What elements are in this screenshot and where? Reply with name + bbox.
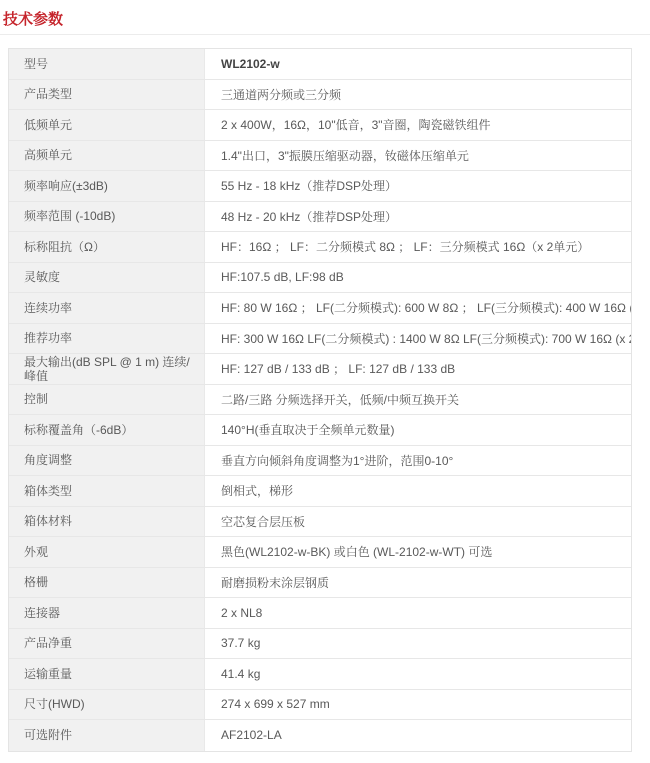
spec-label: 频率响应(±3dB) (9, 171, 205, 201)
spec-value: 274 x 699 x 527 mm (205, 690, 631, 720)
spec-value: 48 Hz - 20 kHz（推荐DSP处理） (205, 202, 631, 232)
spec-table: 型号WL2102-w产品类型三通道两分频或三分频低频单元2 x 400W，16Ω… (8, 48, 632, 752)
spec-label: 产品类型 (9, 80, 205, 110)
spec-row: 连续功率HF: 80 W 16Ω ； LF(二分频模式): 600 W 8Ω ；… (9, 293, 631, 324)
spec-label: 连续功率 (9, 293, 205, 323)
spec-value: HF: 127 dB / 133 dB ； LF: 127 dB / 133 d… (205, 354, 631, 384)
spec-label: 灵敏度 (9, 263, 205, 293)
spec-label: 标称覆盖角（-6dB） (9, 415, 205, 445)
spec-row: 标称阻抗（Ω）HF：16Ω ； LF：二分频模式 8Ω ； LF：三分频模式 1… (9, 232, 631, 263)
spec-label: 连接器 (9, 598, 205, 628)
spec-value: 37.7 kg (205, 629, 631, 659)
spec-value: 2 x 400W，16Ω，10"低音，3"音圈，陶瓷磁铁组件 (205, 110, 631, 140)
spec-row: 箱体类型倒相式，梯形 (9, 476, 631, 507)
spec-row: 低频单元2 x 400W，16Ω，10"低音，3"音圈，陶瓷磁铁组件 (9, 110, 631, 141)
spec-value: 倒相式，梯形 (205, 476, 631, 506)
spec-label: 标称阻抗（Ω） (9, 232, 205, 262)
spec-row: 推荐功率HF: 300 W 16Ω LF(二分频模式) : 1400 W 8Ω … (9, 324, 631, 355)
spec-row: 运输重量41.4 kg (9, 659, 631, 690)
spec-value: HF: 80 W 16Ω ； LF(二分频模式): 600 W 8Ω ； LF(… (205, 293, 631, 323)
spec-value: WL2102-w (205, 49, 631, 79)
spec-row: 角度调整垂直方向倾斜角度调整为1°进阶，范围0-10° (9, 446, 631, 477)
spec-label: 推荐功率 (9, 324, 205, 354)
spec-row: 尺寸(HWD)274 x 699 x 527 mm (9, 690, 631, 721)
spec-label: 频率范围 (-10dB) (9, 202, 205, 232)
spec-row: 最大输出(dB SPL @ 1 m) 连续/峰值HF: 127 dB / 133… (9, 354, 631, 385)
spec-row: 格栅耐磨损粉末涂层钢质 (9, 568, 631, 599)
spec-value: 140°H(垂直取决于全频单元数量) (205, 415, 631, 445)
spec-value: 空芯复合层压板 (205, 507, 631, 537)
spec-row: 型号WL2102-w (9, 49, 631, 80)
spec-row: 频率响应(±3dB)55 Hz - 18 kHz（推荐DSP处理） (9, 171, 631, 202)
spec-value: HF:107.5 dB, LF:98 dB (205, 263, 631, 293)
page: 技术参数 型号WL2102-w产品类型三通道两分频或三分频低频单元2 x 400… (0, 0, 650, 763)
spec-label: 外观 (9, 537, 205, 567)
spec-value: 2 x NL8 (205, 598, 631, 628)
title-divider (0, 34, 650, 35)
spec-label: 产品净重 (9, 629, 205, 659)
spec-value: HF：16Ω ； LF：二分频模式 8Ω ； LF：三分频模式 16Ω（x 2单… (205, 232, 631, 262)
spec-label: 角度调整 (9, 446, 205, 476)
spec-label: 箱体材料 (9, 507, 205, 537)
spec-row: 灵敏度HF:107.5 dB, LF:98 dB (9, 263, 631, 294)
spec-value: 耐磨损粉末涂层钢质 (205, 568, 631, 598)
spec-row: 外观黑色(WL2102-w-BK) 或白色 (WL-2102-w-WT) 可选 (9, 537, 631, 568)
spec-row: 可选附件AF2102-LA (9, 720, 631, 751)
spec-label: 型号 (9, 49, 205, 79)
spec-value: 55 Hz - 18 kHz（推荐DSP处理） (205, 171, 631, 201)
spec-label: 高频单元 (9, 141, 205, 171)
spec-value: 垂直方向倾斜角度调整为1°进阶，范围0-10° (205, 446, 631, 476)
spec-row: 产品净重37.7 kg (9, 629, 631, 660)
spec-value: 黑色(WL2102-w-BK) 或白色 (WL-2102-w-WT) 可选 (205, 537, 631, 567)
spec-value: 1.4"出口，3"振膜压缩驱动器，钕磁体压缩单元 (205, 141, 631, 171)
spec-label: 运输重量 (9, 659, 205, 689)
spec-label: 控制 (9, 385, 205, 415)
spec-label: 尺寸(HWD) (9, 690, 205, 720)
spec-row: 产品类型三通道两分频或三分频 (9, 80, 631, 111)
spec-row: 高频单元1.4"出口，3"振膜压缩驱动器，钕磁体压缩单元 (9, 141, 631, 172)
spec-label: 低频单元 (9, 110, 205, 140)
spec-label: 格栅 (9, 568, 205, 598)
spec-row: 标称覆盖角（-6dB）140°H(垂直取决于全频单元数量) (9, 415, 631, 446)
spec-value: 三通道两分频或三分频 (205, 80, 631, 110)
spec-row: 箱体材料空芯复合层压板 (9, 507, 631, 538)
spec-value: AF2102-LA (205, 720, 631, 751)
spec-value: HF: 300 W 16Ω LF(二分频模式) : 1400 W 8Ω LF(三… (205, 324, 631, 354)
spec-label: 可选附件 (9, 720, 205, 751)
spec-row: 连接器2 x NL8 (9, 598, 631, 629)
page-title: 技术参数 (0, 0, 650, 28)
spec-label: 最大输出(dB SPL @ 1 m) 连续/峰值 (9, 354, 205, 384)
spec-row: 控制二路/三路 分频选择开关，低频/中频互换开关 (9, 385, 631, 416)
spec-label: 箱体类型 (9, 476, 205, 506)
spec-row: 频率范围 (-10dB)48 Hz - 20 kHz（推荐DSP处理） (9, 202, 631, 233)
spec-value: 41.4 kg (205, 659, 631, 689)
spec-value: 二路/三路 分频选择开关，低频/中频互换开关 (205, 385, 631, 415)
